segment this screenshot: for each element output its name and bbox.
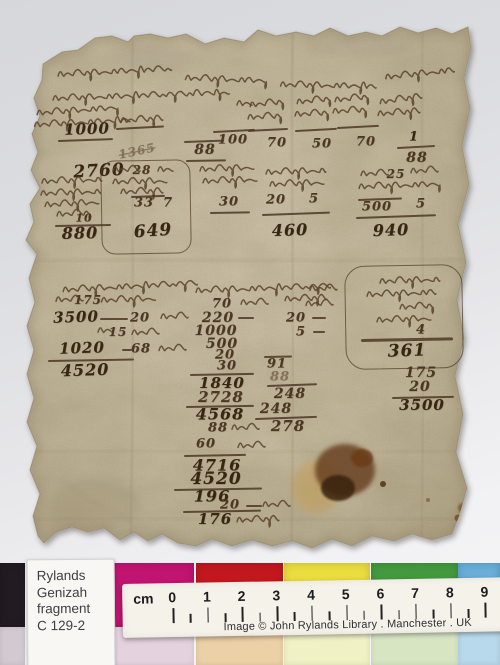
handwritten-sum-line xyxy=(262,212,330,216)
handwritten-number: 460 xyxy=(271,220,308,240)
handwritten-script-line xyxy=(57,61,178,83)
swatch-black-pale xyxy=(0,627,25,665)
label-line: Genizah xyxy=(37,584,114,601)
handwritten-script-line xyxy=(269,175,328,193)
handwritten-script-line xyxy=(202,172,255,190)
handwritten-number: 20 xyxy=(286,311,306,326)
photo-of-genizah-fragment: 1000136588100705070188276010880283376493… xyxy=(0,0,500,665)
copyright-text: Image © John Rylands Library . Mancheste… xyxy=(181,616,500,634)
handwritten-number: 940 xyxy=(372,220,409,240)
handwritten-sum-line xyxy=(210,211,250,213)
ruler-tick-major xyxy=(415,604,417,619)
ruler-tick-minor xyxy=(259,613,261,622)
swatch-blue-pale xyxy=(458,627,500,665)
handwritten-number: 70 xyxy=(356,135,376,150)
handwritten-sum-line xyxy=(295,128,337,132)
handwritten-number: 1000 xyxy=(64,119,110,139)
handwritten-sum-line xyxy=(246,505,262,507)
handwritten-sum-line xyxy=(397,145,435,149)
swatch-black-saturated xyxy=(0,563,25,627)
handwritten-sum-line xyxy=(100,318,128,320)
handwritten-sum-line xyxy=(312,317,326,319)
handwritten-number: 1020 xyxy=(59,338,105,358)
ruler-number: 4 xyxy=(307,587,315,603)
ruler-tick-minor xyxy=(363,611,365,620)
handwritten-script-line xyxy=(100,291,156,309)
ruler-tick-major xyxy=(242,607,244,622)
ruler-tick-minor xyxy=(190,614,192,623)
ruler-tick-minor xyxy=(329,611,331,620)
handwritten-script-line xyxy=(384,62,460,86)
handwritten-script-line xyxy=(305,296,334,313)
handwritten-script-line xyxy=(231,420,263,437)
handwritten-number: 248 xyxy=(274,386,306,402)
ruler-tick-major xyxy=(381,604,383,619)
handwritten-number: 20 xyxy=(409,379,430,395)
handwritten-script-line xyxy=(240,295,266,311)
label-line: fragment xyxy=(37,601,114,618)
handwritten-sum-line xyxy=(313,331,325,333)
ruler-tick-major xyxy=(450,603,452,618)
handwritten-script-line xyxy=(236,511,285,529)
handwritten-script-line xyxy=(158,340,189,357)
ruler-number: 1 xyxy=(203,588,211,604)
handwritten-script-line xyxy=(237,437,268,454)
handwritten-sum-line xyxy=(337,125,379,129)
handwritten-script-line xyxy=(247,108,286,126)
handwritten-sum-line xyxy=(238,317,254,319)
handwritten-number: 248 xyxy=(260,401,292,417)
handwritten-script-line xyxy=(131,325,158,342)
ruler-tick-major xyxy=(346,605,348,620)
handwritten-number: 1 xyxy=(409,130,419,145)
ruler-number: 9 xyxy=(480,584,488,600)
reference-label: Rylands Genizah fragment C 129-2 xyxy=(27,559,116,665)
ruler-number: 0 xyxy=(168,589,176,605)
handwritten-number: 88 xyxy=(194,142,215,158)
handwritten-number: 15 xyxy=(109,325,128,339)
ruler-number: 5 xyxy=(342,586,350,602)
handwritten-script-line xyxy=(376,103,421,122)
handwritten-number: 30 xyxy=(217,359,237,374)
handwritten-number: 88 xyxy=(270,370,290,385)
handwritten-number: 5 xyxy=(296,325,306,340)
scale-ruler: cm Image © John Rylands Library . Manche… xyxy=(122,577,500,638)
ruler-tick-minor xyxy=(398,610,400,619)
handwritten-number: 500 xyxy=(362,200,392,215)
handwritten-number: 100 xyxy=(218,133,248,148)
handwritten-sum-line xyxy=(356,214,436,218)
handwritten-number: 278 xyxy=(271,417,305,435)
handwritten-script-line xyxy=(332,102,371,120)
ruler-tick-minor xyxy=(225,613,227,622)
label-line: Rylands xyxy=(37,568,114,585)
handwritten-number: 50 xyxy=(312,137,332,152)
ruler-tick-major xyxy=(277,606,279,621)
handwritten-number: 880 xyxy=(62,223,99,243)
handwritten-number: 20 xyxy=(130,311,150,326)
handwritten-number: 2728 xyxy=(198,388,244,406)
label-line: C 129-2 xyxy=(37,617,114,634)
ruler-tick-minor xyxy=(467,609,469,618)
ruler-tick-major xyxy=(485,603,487,618)
handwritten-number: 68 xyxy=(131,342,151,357)
handwritten-number: 33 xyxy=(134,196,154,211)
handwritten-number: 176 xyxy=(198,510,232,528)
handwritten-number: 361 xyxy=(387,340,426,361)
ruler-number: 8 xyxy=(446,584,454,600)
handwritten-number: 3500 xyxy=(53,307,99,327)
handwritten-number: 70 xyxy=(267,136,287,151)
handwritten-number: 4520 xyxy=(60,360,109,381)
handwriting-layer: 1000136588100705070188276010880283376493… xyxy=(0,0,500,560)
ruler-number: 7 xyxy=(411,585,419,601)
handwritten-number: 4 xyxy=(416,323,426,338)
handwritten-number: 60 xyxy=(196,437,216,452)
ruler-tick-major xyxy=(172,608,174,623)
handwritten-number: 1365 xyxy=(117,140,156,161)
ruler-unit-label: cm xyxy=(133,590,154,606)
ruler-tick-major xyxy=(207,607,209,622)
handwritten-number: 30 xyxy=(219,195,239,210)
handwritten-number: 649 xyxy=(133,220,173,243)
handwritten-script-line xyxy=(358,177,441,196)
handwritten-number: 5 xyxy=(309,192,319,207)
handwritten-number: 88 xyxy=(208,421,228,436)
handwritten-number: 3500 xyxy=(399,396,445,414)
handwritten-number: 175 xyxy=(74,293,102,307)
ruler-number: 6 xyxy=(376,585,384,601)
handwritten-number: 20 xyxy=(266,193,286,208)
ruler-tick-major xyxy=(311,606,313,621)
ruler-number: 3 xyxy=(272,587,280,603)
ruler-number: 2 xyxy=(238,588,246,604)
handwritten-number: 5 xyxy=(416,197,426,212)
handwritten-number: 7 xyxy=(163,196,173,211)
ruler-tick-minor xyxy=(294,612,296,621)
ruler-tick-minor xyxy=(433,610,435,619)
handwritten-script-line xyxy=(160,309,183,326)
handwritten-script-line xyxy=(294,105,333,123)
